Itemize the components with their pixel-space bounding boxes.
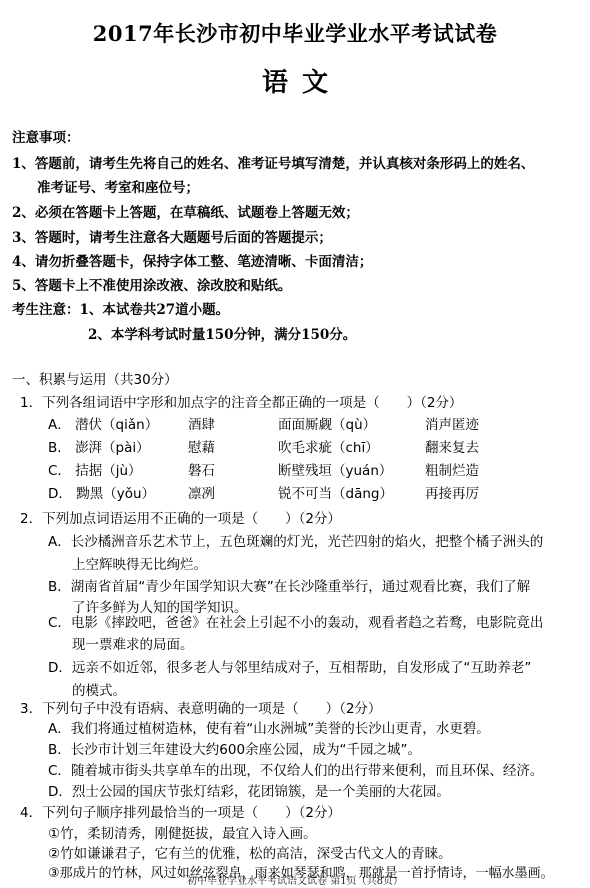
candidate-note-2: 2、本学科考试时量150分钟，满分150分。 [88, 323, 356, 343]
option-text: 长沙橘洲音乐艺术节上，五色斑斓的灯光，光芒四射的焰火，把整个橘子洲头的 [71, 534, 544, 550]
option-label: A． [48, 721, 71, 737]
q3-option-a: A．我们将通过植树造林，使有着“山水洲城”美誉的长沙山更青，水更碧。 [48, 717, 490, 737]
question-1-stem: 1．下列各组词语中字形和加点字的注音全都正确的一项是（ ）（2分） [20, 391, 462, 411]
subject-title: 语文 [0, 62, 590, 99]
option-label: B． [48, 742, 71, 758]
option-label: A． [48, 417, 71, 433]
q3-option-c: C．随着城市街头共享单车的出现，不仅给人们的出行带来便利，而且环保、经济。 [48, 759, 543, 779]
notice-heading: 注意事项： [12, 126, 80, 146]
option-text: 长沙市计划三年建设大约600余座公园，成为“千园之城”。 [71, 742, 421, 758]
q2-option-d: D．远亲不如近邻，很多老人与邻里结成对子，互相帮助，自发形成了“互助养老” [48, 656, 531, 676]
option-label: C． [48, 463, 71, 479]
q1-b-col2: 慰藉 [188, 436, 215, 456]
candidate-note-label-text: 考生注意： [12, 302, 80, 318]
option-col1: 黝黑（yǒu） [76, 486, 155, 502]
q1-d-col3: 锐不可当（dāng） [278, 482, 393, 502]
q1-d-col2: 凛冽 [188, 482, 215, 502]
q1-option-b: B． 澎湃（pài） [48, 436, 150, 456]
notice-item-1: 1、答题前，请考生先将自己的姓名、准考证号填写清楚，并认真核对条形码上的姓名、 [12, 152, 534, 172]
q3-option-d: D．烈士公园的国庆节张灯结彩，花团锦簇，是一个美丽的大花园。 [48, 780, 450, 800]
notice-item-3: 3、答题时，请考生注意各大题题号后面的答题提示； [12, 226, 332, 246]
option-label: B． [48, 440, 71, 456]
option-col1: 澎湃（pài） [75, 440, 150, 456]
q1-b-col4: 翻来复去 [425, 436, 479, 456]
q2-d-line2: 的模式。 [72, 679, 126, 699]
q2-c-line2: 现一票难求的局面。 [72, 633, 194, 653]
q4-sentence-2: ②竹如谦谦君子，它有兰的优雅，松的高洁，深受古代文人的青睐。 [48, 842, 452, 862]
section-title: 一、积累与运用（共30分） [12, 368, 178, 388]
q1-option-c: C． 拮据（jù） [48, 459, 142, 479]
notice-item-2: 2、必须在答题卡上答题，在草稿纸、试题卷上答题无效； [12, 201, 359, 221]
option-label: C． [48, 763, 71, 779]
q1-b-col3: 吹毛求疵（chī） [278, 436, 379, 456]
notice-item-1-cont: 准考证号、考室和座位号； [37, 176, 199, 196]
candidate-note-label: 考生注意：1、本试卷共27道小题。 [12, 298, 229, 318]
q2-option-b: B．湖南省首届“青少年国学知识大赛”在长沙隆重举行，通过观看比赛，我们了解 [48, 575, 530, 595]
q2-option-a: A．长沙橘洲音乐艺术节上，五色斑斓的灯光，光芒四射的焰火，把整个橘子洲头的 [48, 530, 543, 550]
q1-a-col2: 酒肆 [188, 413, 215, 433]
question-2-stem: 2．下列加点词语运用不正确的一项是（ ）（2分） [20, 507, 341, 527]
exam-title: 2017年长沙市初中毕业学业水平考试试卷 [0, 18, 590, 48]
option-label: D． [48, 660, 72, 676]
q1-option-a: A． 潜伏（qiǎn） [48, 413, 158, 433]
option-text: 远亲不如近邻，很多老人与邻里结成对子，互相帮助，自发形成了“互助养老” [72, 660, 532, 676]
q1-c-col3: 断壁残垣（yuán） [278, 459, 392, 479]
option-col1: 潜伏（qiǎn） [75, 417, 158, 433]
option-text: 湖南省首届“青少年国学知识大赛”在长沙隆重举行，通过观看比赛，我们了解 [71, 579, 531, 595]
q2-a-line2: 上空辉映得无比绚烂。 [72, 553, 207, 573]
option-text: 我们将通过植树造林，使有着“山水洲城”美誉的长沙山更青，水更碧。 [71, 721, 490, 737]
q1-a-col3: 面面厮觑（qù） [278, 413, 376, 433]
question-4-stem: 4．下列句子顺序排列最恰当的一项是（ ）（2分） [20, 801, 341, 821]
q1-option-d: D． 黝黑（yǒu） [48, 482, 155, 502]
q1-a-col4: 消声匿迹 [425, 413, 479, 433]
option-label: C． [48, 615, 71, 631]
option-label: B． [48, 579, 71, 595]
notice-item-5: 5、答题卡上不准使用涂改液、涂改胶和贴纸。 [12, 274, 291, 294]
q1-c-col2: 磐石 [188, 459, 215, 479]
q1-c-col4: 粗制烂造 [425, 459, 479, 479]
option-col1: 拮据（jù） [75, 463, 141, 479]
q1-d-col4: 再接再厉 [425, 482, 479, 502]
option-text: 随着城市街头共享单车的出现，不仅给人们的出行带来便利，而且环保、经济。 [71, 763, 544, 779]
q4-sentence-1: ①竹，柔韧清秀，刚健挺拔，最宜入诗入画。 [48, 822, 317, 842]
question-3-stem: 3．下列句子中没有语病、表意明确的一项是（ ）（2分） [20, 697, 381, 717]
option-label: D． [48, 486, 72, 502]
notice-item-4: 4、请勿折叠答题卡，保持字体工整、笔迹清晰、卡面清洁； [12, 250, 372, 270]
q2-option-c: C．电影《摔跤吧，爸爸》在社会上引起不小的轰动，观看者趋之若鹜，电影院竟出 [48, 611, 543, 631]
q3-option-b: B．长沙市计划三年建设大约600余座公园，成为“千园之城”。 [48, 738, 421, 758]
candidate-note-1: 1、本试卷共27道小题。 [80, 302, 230, 318]
page-footer: 初中毕业学业水平考试语文试卷 第1页（共8页） [0, 872, 590, 887]
option-label: A． [48, 534, 71, 550]
option-label: D． [48, 784, 72, 800]
option-text: 烈士公园的国庆节张灯结彩，花团锦簇，是一个美丽的大花园。 [72, 784, 450, 800]
option-text: 电影《摔跤吧，爸爸》在社会上引起不小的轰动，观看者趋之若鹜，电影院竟出 [71, 615, 544, 631]
